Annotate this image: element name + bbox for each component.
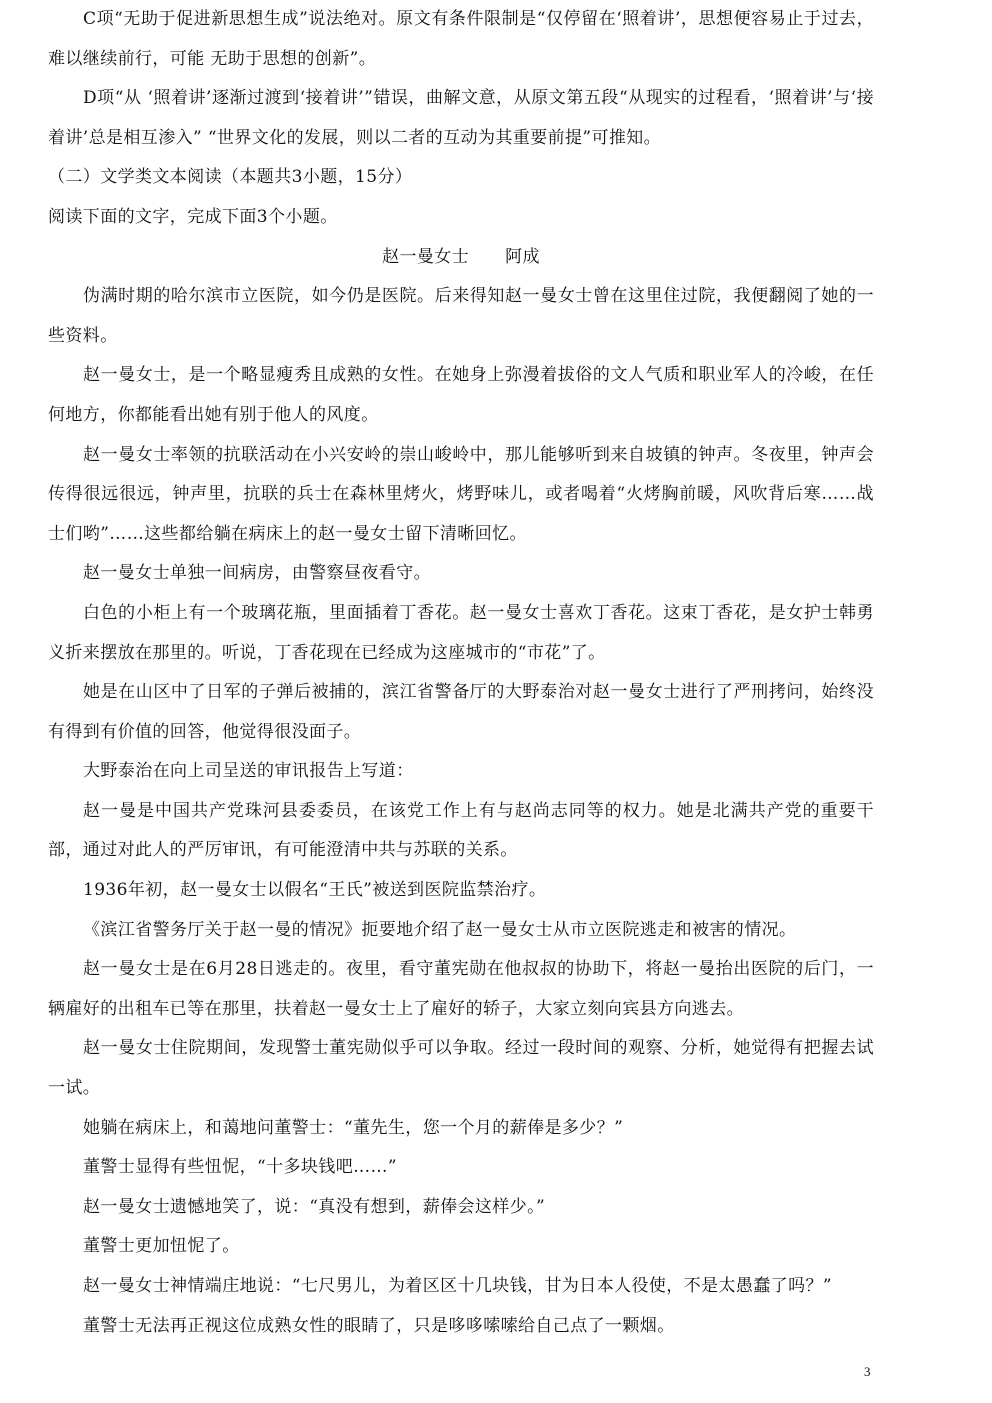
article-paragraph: 赵一曼女士率领的抗联活动在小兴安岭的崇山峻岭中，那儿能够听到来自坡镇的钟声。冬夜… <box>48 436 874 555</box>
section-heading: （二）文学类文本阅读（本题共3小题，15分） <box>48 158 874 198</box>
page-number: 3 <box>864 1362 871 1382</box>
article-paragraph: 赵一曼女士遗憾地笑了，说：“真没有想到，薪俸会这样少。” <box>48 1188 874 1228</box>
article-paragraph: 赵一曼女士神情端庄地说：“七尺男儿，为着区区十几块钱，甘为日本人役使，不是太愚蠢… <box>48 1267 874 1307</box>
reading-instruction: 阅读下面的文字，完成下面3个小题。 <box>48 198 874 238</box>
article-paragraph: 她是在山区中了日军的子弹后被捕的，滨江省警备厅的大野泰治对赵一曼女士进行了严刑拷… <box>48 673 874 752</box>
article-paragraph: 大野泰治在向上司呈送的审讯报告上写道： <box>48 752 874 792</box>
answer-explanation-c: C项“无助于促进新思想生成”说法绝对。原文有条件限制是“仅停留在‘照着讲’，思想… <box>48 0 874 79</box>
article-title: 赵一曼女士 <box>382 247 469 267</box>
article-paragraph: 《滨江省警务厅关于赵一曼的情况》扼要地介绍了赵一曼女士从市立医院逃走和被害的情况… <box>48 911 874 951</box>
article-paragraph: 她躺在病床上，和蔼地问董警士：“董先生，您一个月的薪俸是多少？” <box>48 1109 874 1149</box>
article-paragraph: 赵一曼女士住院期间，发现警士董宪勋似乎可以争取。经过一段时间的观察、分析，她觉得… <box>48 1029 874 1108</box>
article-paragraph: 赵一曼女士，是一个略显瘦秀且成熟的女性。在她身上弥漫着拔俗的文人气质和职业军人的… <box>48 356 874 435</box>
article-paragraph: 董警士更加忸怩了。 <box>48 1227 874 1267</box>
article-title-line: 赵一曼女士阿成 <box>48 238 874 278</box>
article-author: 阿成 <box>505 247 540 267</box>
document-page: C项“无助于促进新思想生成”说法绝对。原文有条件限制是“仅停留在‘照着讲’，思想… <box>48 0 874 1346</box>
article-paragraph: 1936年初，赵一曼女士以假名“王氏”被送到医院监禁治疗。 <box>48 871 874 911</box>
article-paragraph: 董警士无法再正视这位成熟女性的眼睛了，只是哆哆嗦嗦给自己点了一颗烟。 <box>48 1307 874 1347</box>
article-paragraph: 赵一曼女士是在6月28日逃走的。夜里，看守董宪勋在他叔叔的协助下，将赵一曼抬出医… <box>48 950 874 1029</box>
article-paragraph: 董警士显得有些忸怩，“十多块钱吧……” <box>48 1148 874 1188</box>
article-paragraph: 赵一曼是中国共产党珠河县委委员，在该党工作上有与赵尚志同等的权力。她是北满共产党… <box>48 792 874 871</box>
article-paragraph: 白色的小柜上有一个玻璃花瓶，里面插着丁香花。赵一曼女士喜欢丁香花。这束丁香花，是… <box>48 594 874 673</box>
answer-explanation-d: D项“从 ‘照着讲’逐渐过渡到‘接着讲’”错误，曲解文意，从原文第五段“从现实的… <box>48 79 874 158</box>
article-paragraph: 赵一曼女士单独一间病房，由警察昼夜看守。 <box>48 554 874 594</box>
article-paragraph: 伪满时期的哈尔滨市立医院，如今仍是医院。后来得知赵一曼女士曾在这里住过院，我便翻… <box>48 277 874 356</box>
